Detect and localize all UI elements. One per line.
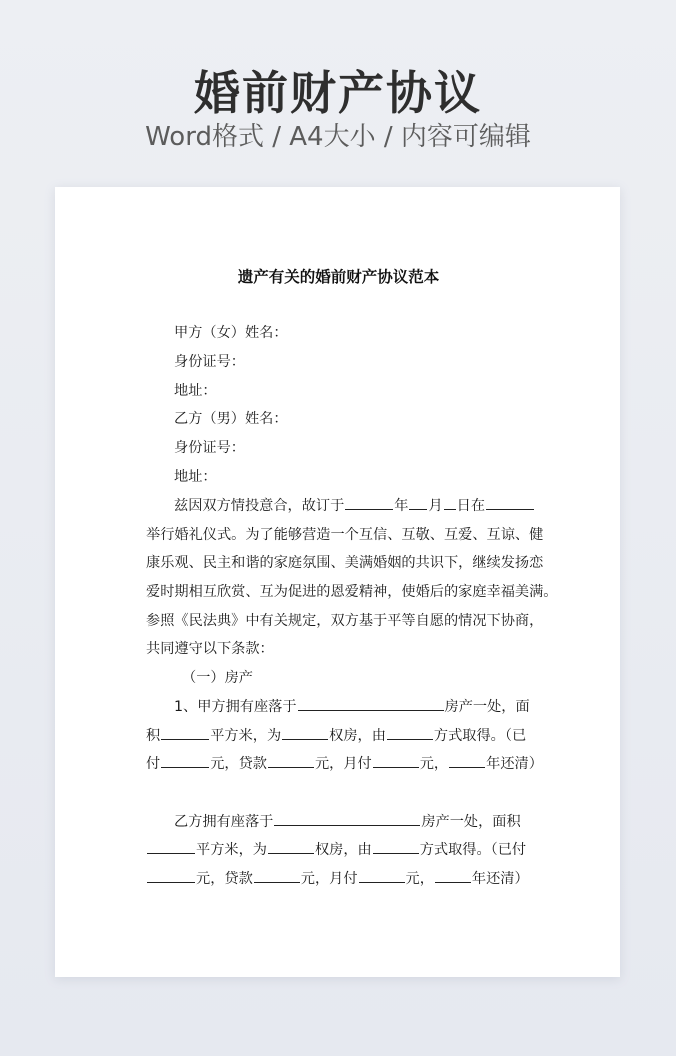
ownership-blank[interactable] — [282, 725, 328, 740]
loan-blank[interactable] — [254, 868, 300, 883]
intro-line-4: 爱时期相互欣赏、互为促进的恩爱精神，使婚后的家庭幸福美满。 — [146, 578, 531, 607]
party-b-id-label: 身份证号： — [146, 434, 531, 463]
address-blank[interactable] — [274, 811, 420, 826]
clause2-line-2: 平方米，为权房，由方式取得。（已付 — [146, 836, 531, 865]
intro-line-6: 共同遵守以下条款： — [146, 635, 531, 664]
clause-text: 房产一处，面 — [445, 699, 530, 715]
clause2-line-1: 乙方拥有座落于房产一处，面积 — [146, 808, 531, 837]
clause-text: 元，月付 — [315, 756, 372, 772]
intro-line-1: 兹因双方情投意合，故订于年月日在 — [146, 492, 531, 521]
clause-text: 元，月付 — [301, 871, 358, 887]
address-blank[interactable] — [298, 696, 444, 711]
clause2-line-3: 元，贷款元，月付元，年还清） — [146, 865, 531, 894]
section-heading-property: （一）房产 — [146, 664, 531, 693]
venue-blank[interactable] — [486, 495, 534, 510]
clause-text: 元，贷款 — [196, 871, 253, 887]
ownership-blank[interactable] — [268, 839, 314, 854]
year-label: 年 — [394, 498, 408, 514]
clause-text: 权房，由 — [315, 842, 372, 858]
page-subheading: Word格式 / A4大小 / 内容可编辑 — [0, 120, 676, 154]
clause1-line-3: 付元，贷款元，月付元，年还清） — [146, 750, 531, 779]
clause-text: 年还清） — [486, 756, 543, 772]
clause-text: 1、甲方拥有座落于 — [174, 699, 297, 715]
area-blank[interactable] — [147, 839, 195, 854]
clause-text: 方式取得。（已 — [434, 728, 526, 744]
year-blank[interactable] — [345, 495, 393, 510]
clause-text: 权房，由 — [329, 728, 386, 744]
monthly-blank[interactable] — [359, 868, 405, 883]
clause-text: 元， — [406, 871, 434, 887]
clause-text: 付 — [146, 756, 160, 772]
clause1-line-2: 积平方米，为权房，由方式取得。（已 — [146, 722, 531, 751]
clause-text: 积 — [146, 728, 160, 744]
document-page: 遗产有关的婚前财产协议范本 甲方（女）姓名： 身份证号： 地址： 乙方（男）姓名… — [55, 187, 620, 977]
clause-text: 年还清） — [472, 871, 529, 887]
clause-text: 平方米，为 — [210, 728, 281, 744]
clause-text: 方式取得。（已付 — [420, 842, 526, 858]
years-blank[interactable] — [435, 868, 471, 883]
years-blank[interactable] — [449, 753, 485, 768]
clause-text: 房产一处，面积 — [421, 814, 520, 830]
monthly-blank[interactable] — [373, 753, 419, 768]
clause-text: 元， — [420, 756, 448, 772]
acquisition-blank[interactable] — [387, 725, 433, 740]
party-a-address-label: 地址： — [146, 377, 531, 406]
intro-line-3: 康乐观、民主和谐的家庭氛围、美满婚姻的共识下，继续发扬恋 — [146, 549, 531, 578]
area-blank[interactable] — [161, 725, 209, 740]
party-a-id-label: 身份证号： — [146, 348, 531, 377]
paid-blank[interactable] — [161, 753, 209, 768]
clause-text: 乙方拥有座落于 — [174, 814, 273, 830]
day-blank[interactable] — [444, 495, 456, 510]
clause-text: 元，贷款 — [210, 756, 267, 772]
party-b-address-label: 地址： — [146, 463, 531, 492]
acquisition-blank[interactable] — [373, 839, 419, 854]
paid-blank[interactable] — [147, 868, 195, 883]
intro-line-5: 参照《民法典》中有关规定，双方基于平等自愿的情况下协商， — [146, 607, 531, 636]
loan-blank[interactable] — [268, 753, 314, 768]
clause-text: 平方米，为 — [196, 842, 267, 858]
day-label: 日在 — [457, 498, 485, 514]
party-b-name-label: 乙方（男）姓名： — [146, 405, 531, 434]
intro-text: 兹因双方情投意合，故订于 — [174, 498, 344, 514]
page-heading: 婚前财产协议 — [0, 64, 676, 122]
document-title: 遗产有关的婚前财产协议范本 — [146, 265, 531, 287]
intro-line-2: 举行婚礼仪式。为了能够营造一个互信、互敬、互爱、互谅、健 — [146, 521, 531, 550]
clause1-line-1: 1、甲方拥有座落于房产一处，面 — [146, 693, 531, 722]
month-label: 月 — [428, 498, 442, 514]
month-blank[interactable] — [409, 495, 427, 510]
party-a-name-label: 甲方（女）姓名： — [146, 319, 531, 348]
